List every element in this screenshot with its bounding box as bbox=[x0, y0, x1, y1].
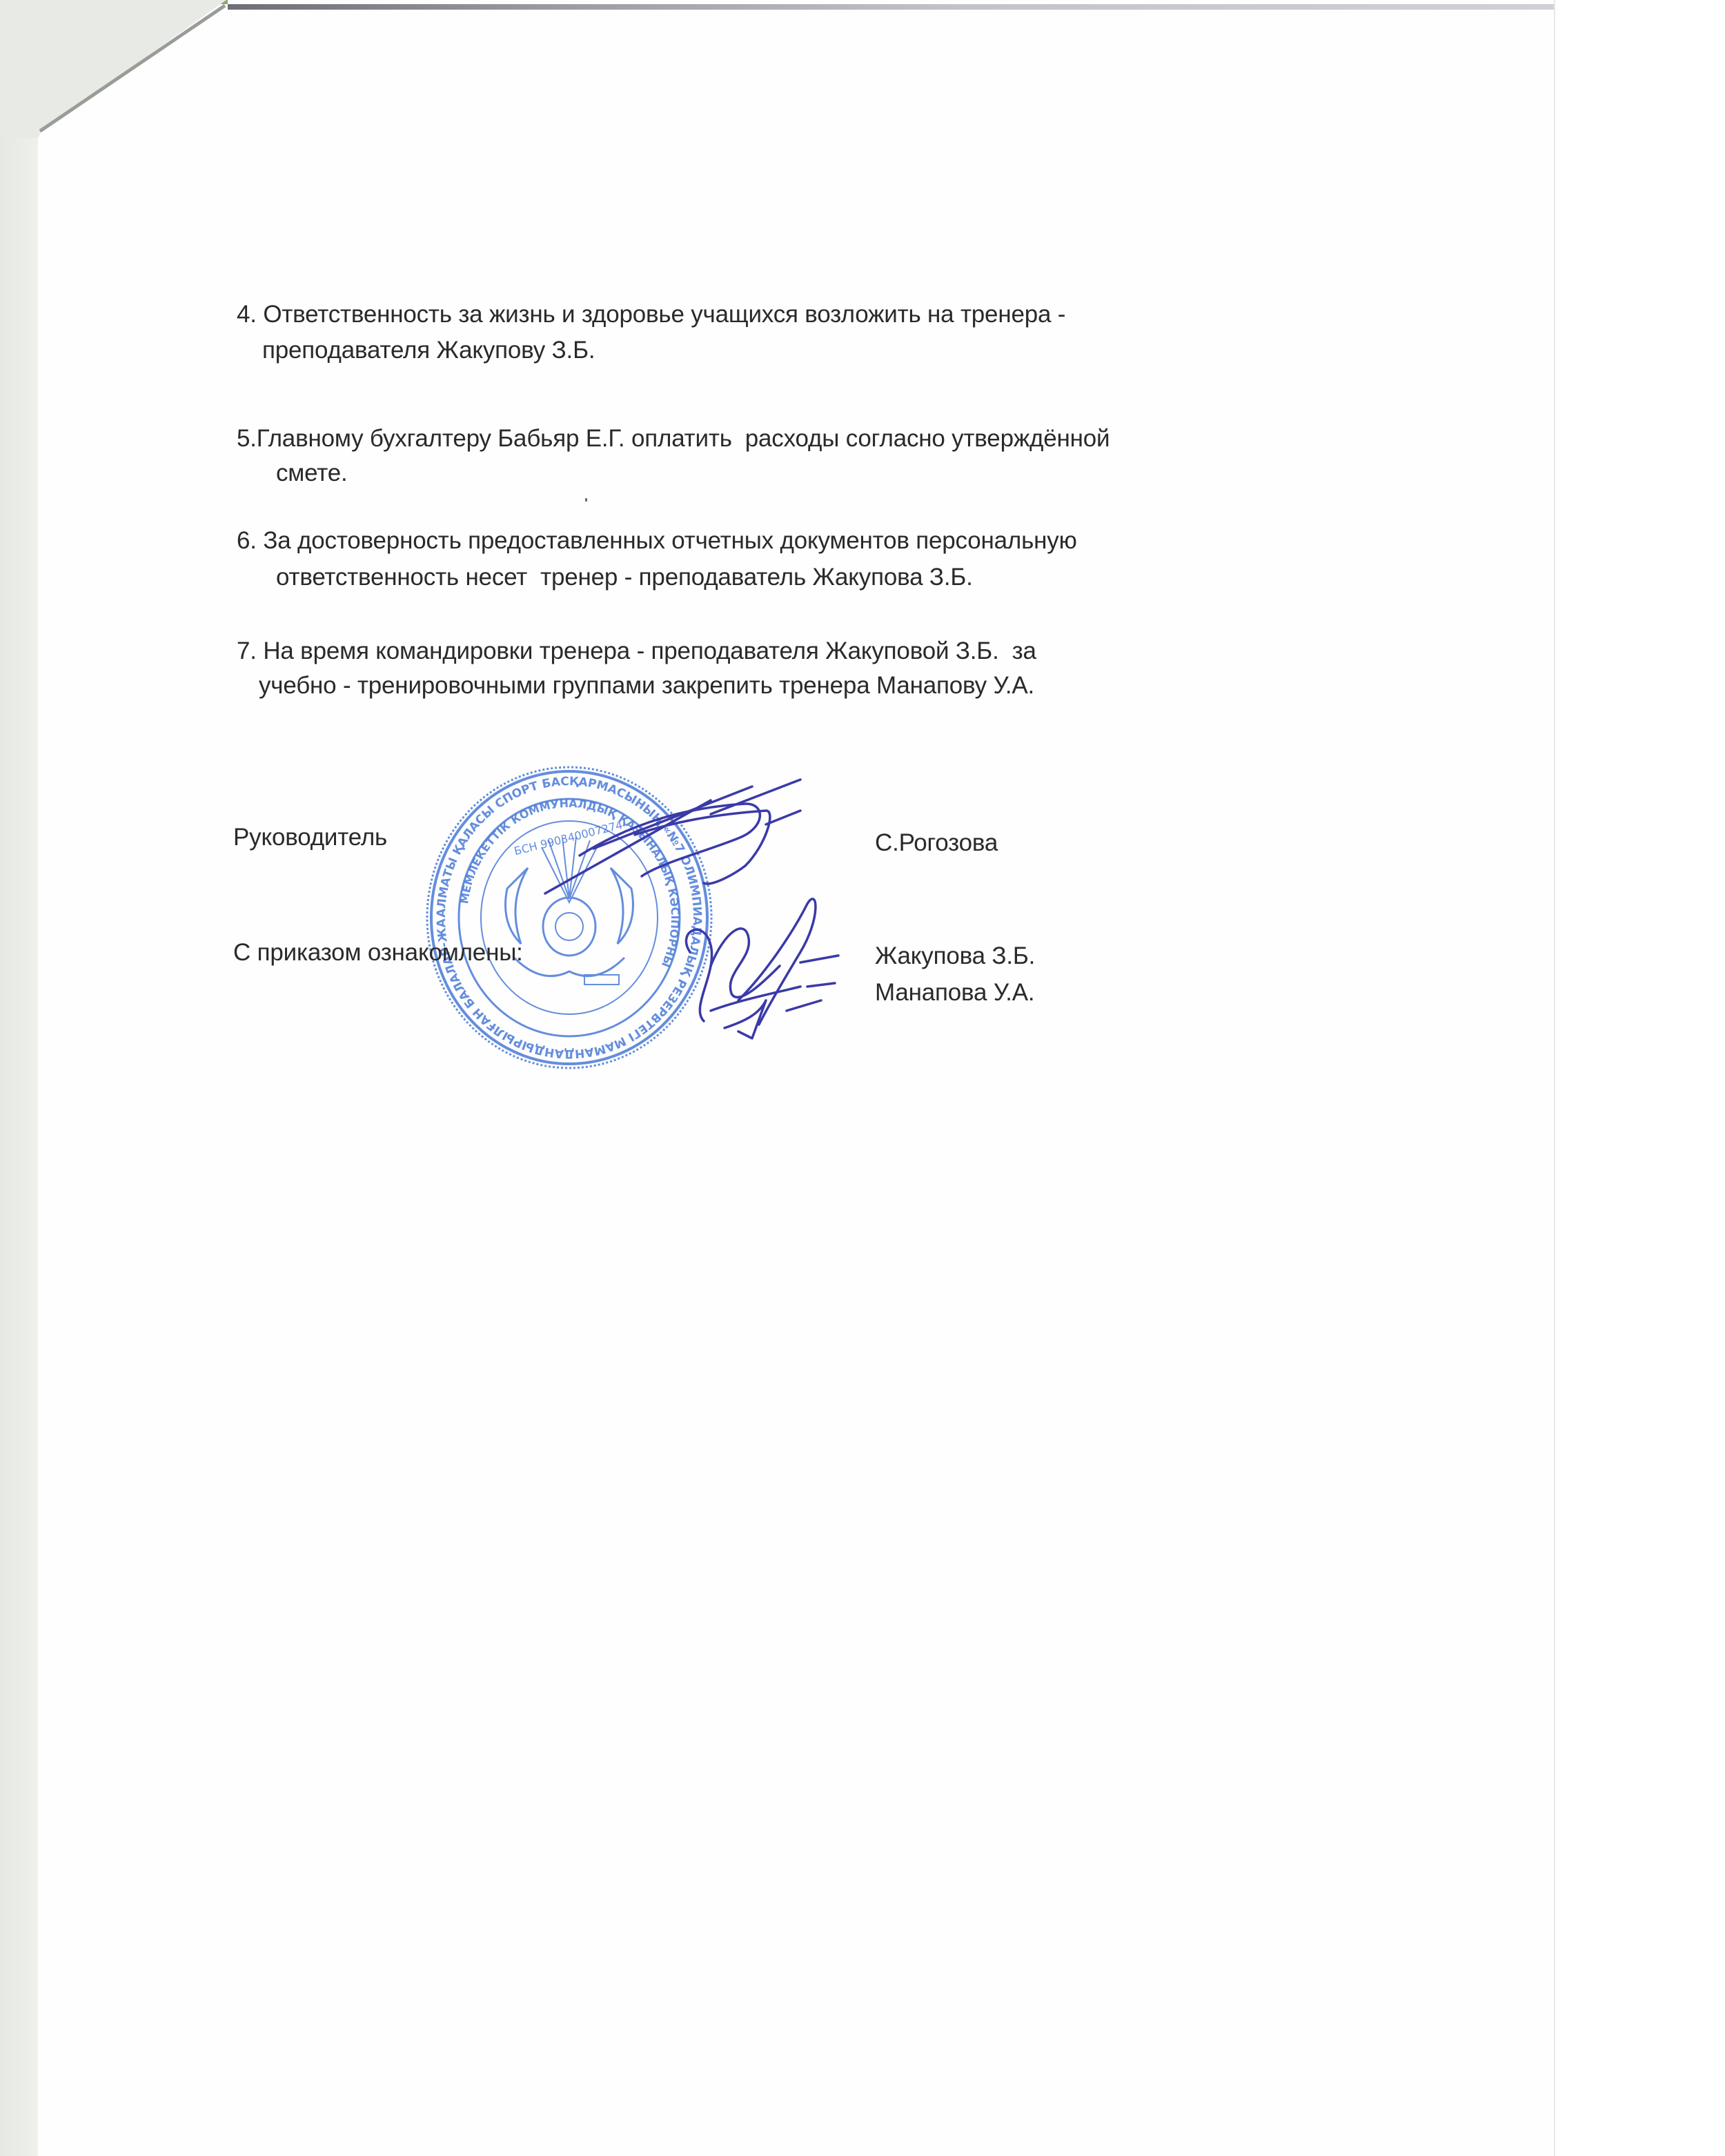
item-5-line-2: смете. bbox=[276, 455, 348, 491]
head-name: С.Рогозова bbox=[875, 825, 998, 860]
item-6-line-1: 6. За достоверность предоставленных отче… bbox=[237, 523, 1077, 558]
scan-top-edge bbox=[228, 4, 1554, 10]
head-label: Руководитель bbox=[233, 820, 387, 855]
item-6-line-2: ответственность несет тренер - преподава… bbox=[276, 560, 973, 595]
acknowledged-name-1: Жакупова З.Б. bbox=[875, 938, 1035, 973]
scan-left-margin bbox=[0, 0, 38, 2156]
acknowledged-signatures bbox=[662, 890, 869, 1042]
head-signature bbox=[538, 773, 842, 897]
item-4-line-2: преподавателя Жакупову З.Б. bbox=[262, 333, 595, 368]
acknowledged-name-2: Манапова У.А. bbox=[875, 975, 1034, 1010]
folded-corner bbox=[0, 0, 228, 138]
item-7-line-2: учебно - тренировочными группами закрепи… bbox=[259, 668, 1034, 703]
acknowledged-label: С приказом ознакомлены: bbox=[233, 935, 523, 970]
item-7-line-1: 7. На время командировки тренера - препо… bbox=[237, 633, 1036, 669]
item-5-line-1: 5.Главному бухгалтеру Бабьяр Е.Г. оплати… bbox=[237, 421, 1110, 456]
item-4-line-1: 4. Ответственность за жизнь и здоровье у… bbox=[237, 297, 1065, 332]
document-page: 4. Ответственность за жизнь и здоровье у… bbox=[0, 0, 1555, 2156]
scan-speck bbox=[585, 498, 587, 502]
